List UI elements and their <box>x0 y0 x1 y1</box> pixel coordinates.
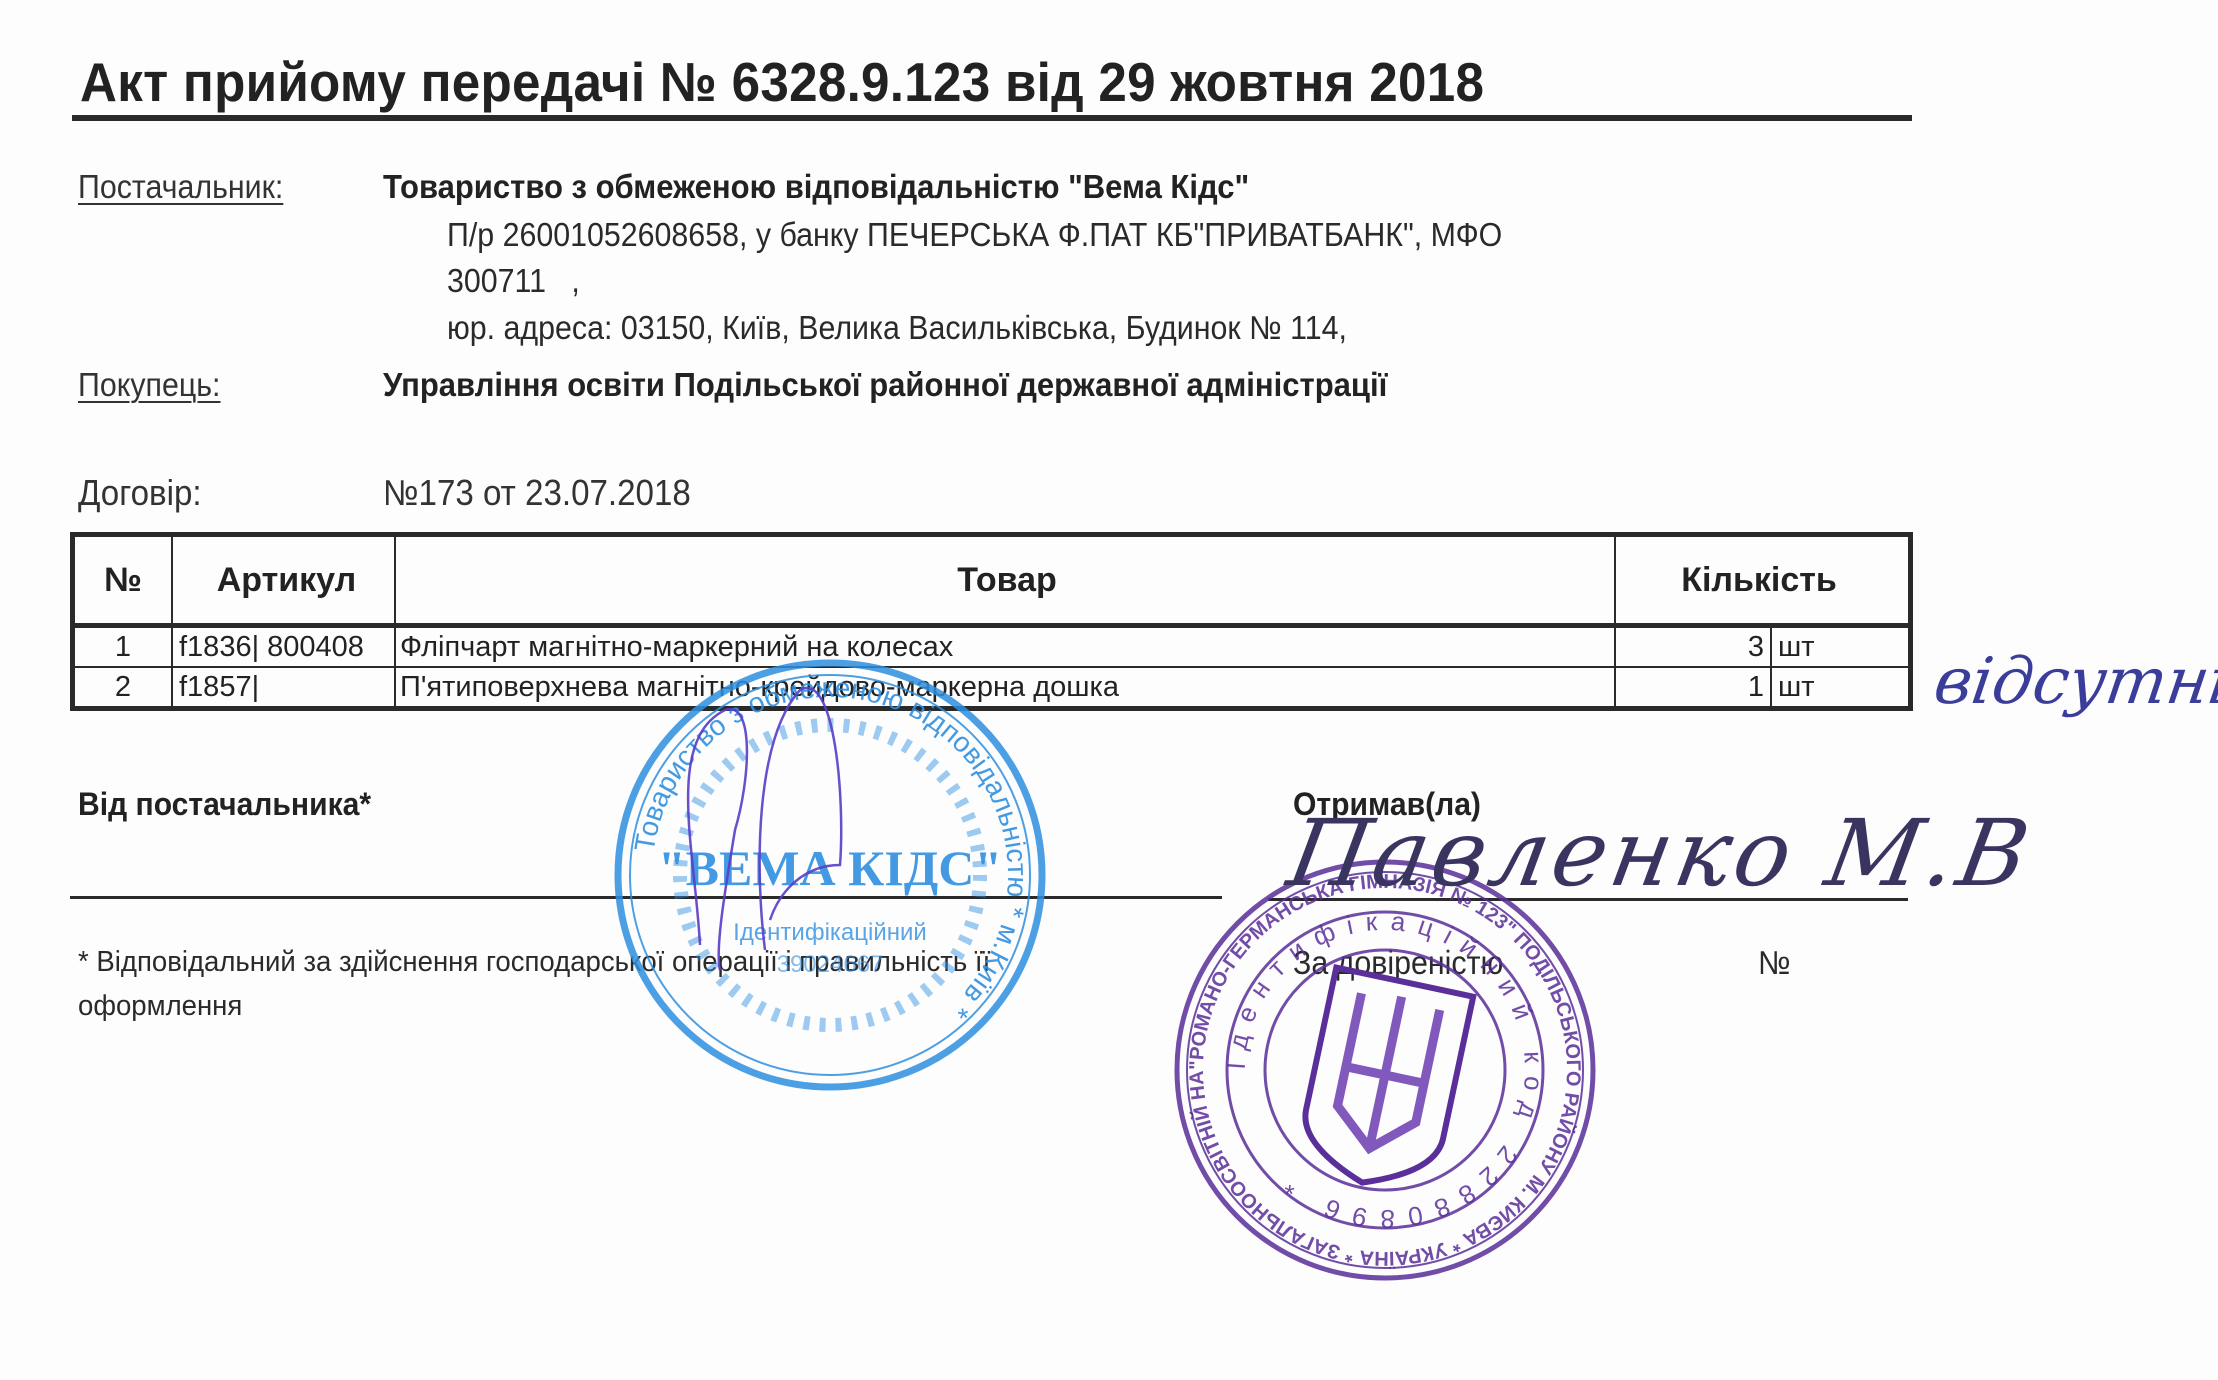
contract-label: Договір: <box>78 472 202 514</box>
proxy-number-label: № <box>1758 944 1791 982</box>
supplier-name: Товариство з обмеженою відповідальністю … <box>383 168 1249 206</box>
supplier-label: Постачальник: <box>78 168 283 206</box>
row-qty: 1 <box>1615 667 1771 709</box>
row-unit: шт <box>1771 667 1911 709</box>
footnote-line2: оформлення <box>78 984 242 1028</box>
header-quantity: Кількість <box>1615 535 1911 626</box>
supplier-bank: П/р 26001052608658, у банку ПЕЧЕРСЬКА Ф.… <box>447 216 1502 254</box>
receiver-stamp: "РОМАНО-ГЕРМАНСЬКА ГІМНАЗІЯ № 123" ПОДІЛ… <box>1165 850 1605 1290</box>
supplier-signature-label: Від постачальника* <box>78 786 371 823</box>
row-unit: шт <box>1771 626 1911 668</box>
row-qty: 3 <box>1615 626 1771 668</box>
row-article: f1857| <box>172 667 395 709</box>
supplier-stamp-code: 39024667 <box>777 951 884 978</box>
table-header-row: № Артикул Товар Кількість <box>73 535 1911 626</box>
title-underline <box>72 115 1912 121</box>
header-product: Товар <box>395 535 1615 626</box>
buyer-name: Управління освіти Подільської районної д… <box>383 366 1387 404</box>
supplier-stamp-center: "ВЕМА КІДС" <box>658 840 1002 896</box>
row-article: f1836| 800408 <box>172 626 395 668</box>
receiver-handwritten-signature: Павленко М.В <box>1281 800 2041 907</box>
buyer-label: Покупець: <box>78 366 220 404</box>
supplier-address: юр. адреса: 03150, Київ, Велика Василькі… <box>447 309 1347 347</box>
contract-value: №173 от 23.07.2018 <box>383 472 691 514</box>
row-no: 1 <box>73 626 173 668</box>
header-article: Артикул <box>172 535 395 626</box>
supplier-stamp: Товариство з обмеженою відповідальністю … <box>605 650 1055 1100</box>
document-title: Акт прийому передачі № 6328.9.123 від 29… <box>80 50 1484 114</box>
handwritten-note: відсутні <box>1930 645 2218 719</box>
supplier-mfo: 300711 , <box>447 262 580 300</box>
row-no: 2 <box>73 667 173 709</box>
trident-icon <box>1294 968 1474 1198</box>
header-no: № <box>73 535 173 626</box>
